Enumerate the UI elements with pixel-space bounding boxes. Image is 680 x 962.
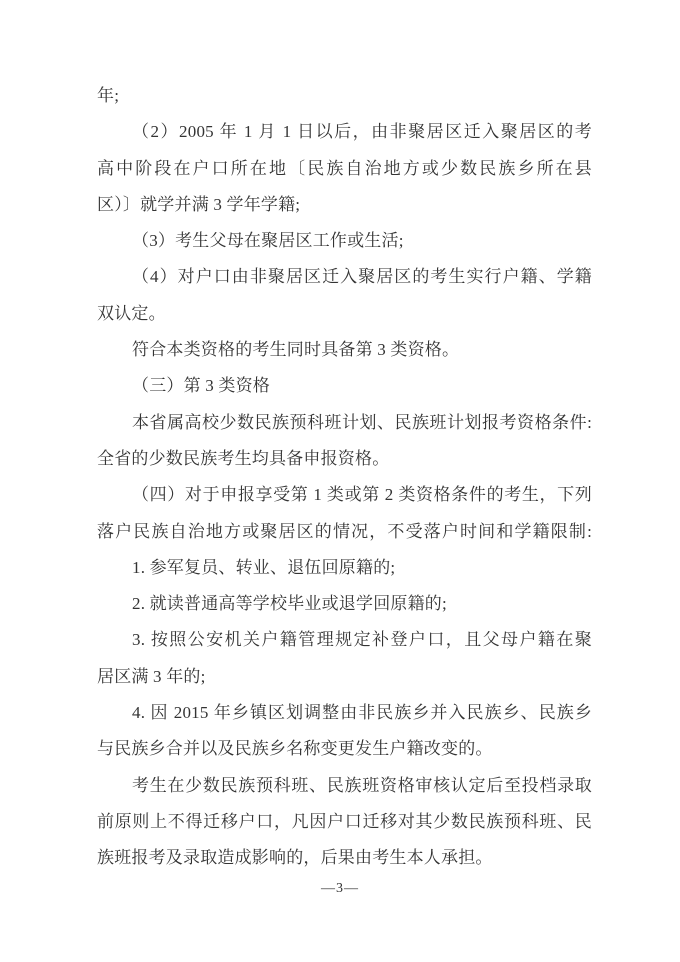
- document-line: 与民族乡合并以及民族乡名称变更发生户籍改变的。: [97, 731, 592, 767]
- document-line: 落户民族自治地方或聚居区的情况，不受落户时间和学籍限制:: [97, 514, 592, 550]
- document-line: （3）考生父母在聚居区工作或生活;: [97, 223, 592, 259]
- document-line: （三）第 3 类资格: [97, 368, 592, 404]
- page-number: —3—: [0, 879, 680, 899]
- document-line: 高中阶段在户口所在地〔民族自治地方或少数民族乡所在县（市、: [97, 151, 592, 187]
- document-line: 符合本类资格的考生同时具备第 3 类资格。: [97, 332, 592, 368]
- document-line: （4）对户口由非聚居区迁入聚居区的考生实行户籍、学籍: [97, 259, 592, 295]
- document-line: 区）〕就学并满 3 学年学籍;: [97, 187, 592, 223]
- document-page: 年;（2）2005 年 1 月 1 日以后，由非聚居区迁入聚居区的考生，高中阶段…: [0, 0, 680, 962]
- document-line: 居区满 3 年的;: [97, 659, 592, 695]
- document-line: 4. 因 2015 年乡镇区划调整由非民族乡并入民族乡、民族乡: [97, 695, 592, 731]
- document-line: 3. 按照公安机关户籍管理规定补登户口，且父母户籍在聚: [97, 622, 592, 658]
- document-line: （2）2005 年 1 月 1 日以后，由非聚居区迁入聚居区的考生，: [97, 114, 592, 150]
- document-line: 本省属高校少数民族预科班计划、民族班计划报考资格条件:: [97, 405, 592, 441]
- document-line: 全省的少数民族考生均具备申报资格。: [97, 441, 592, 477]
- document-line: 1. 参军复员、转业、退伍回原籍的;: [97, 550, 592, 586]
- document-line: （四）对于申报享受第 1 类或第 2 类资格条件的考生，下列: [97, 477, 592, 513]
- document-line: 考生在少数民族预科班、民族班资格审核认定后至投档录取: [97, 768, 592, 804]
- document-line: 双认定。: [97, 296, 592, 332]
- document-line: 2. 就读普通高等学校毕业或退学回原籍的;: [97, 586, 592, 622]
- document-line: 族班报考及录取造成影响的，后果由考生本人承担。: [97, 840, 592, 876]
- document-line: 年;: [97, 78, 592, 114]
- document-body: 年;（2）2005 年 1 月 1 日以后，由非聚居区迁入聚居区的考生，高中阶段…: [97, 78, 592, 877]
- document-line: 前原则上不得迁移户口，凡因户口迁移对其少数民族预科班、民: [97, 804, 592, 840]
